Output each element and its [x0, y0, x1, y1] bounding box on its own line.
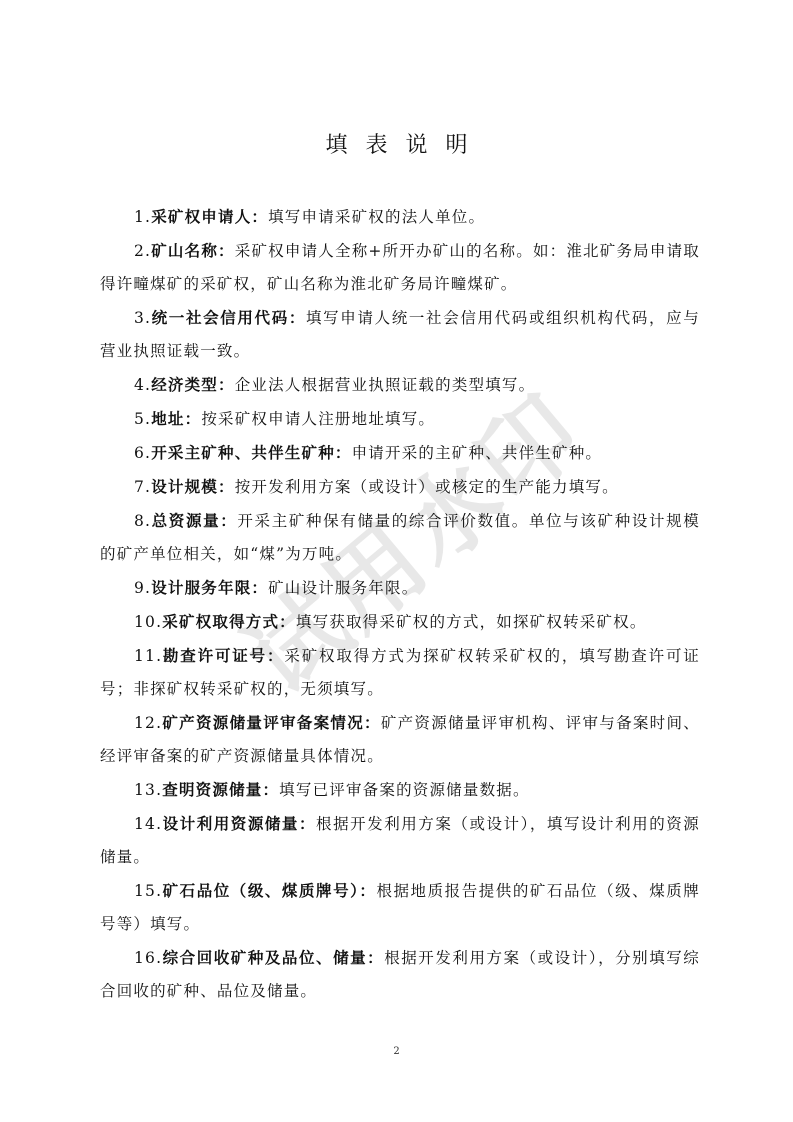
instruction-item: 2.矿山名称：采矿权申请人全称+所开办矿山的名称。如：淮北矿务局申请取得许疃煤矿…	[100, 234, 700, 301]
instruction-item: 8.总资源量：开采主矿种保有储量的综合评价数值。单位与该矿种设计规模的矿产单位相…	[100, 504, 700, 571]
item-label: 总资源量：	[151, 511, 237, 530]
item-label: 勘查许可证号：	[162, 646, 284, 665]
page-title: 填表说明	[0, 128, 793, 159]
instruction-item: 10.采矿权取得方式：填写获取得采矿权的方式，如探矿权转采矿权。	[100, 605, 700, 639]
item-label: 矿石品位（级、煤质牌号）：	[162, 881, 376, 900]
item-label: 采矿权取得方式：	[162, 612, 296, 631]
item-label: 经济类型：	[151, 375, 235, 394]
item-text: 企业法人根据营业执照证载的类型填写。	[235, 376, 536, 394]
page-number: 2	[0, 1046, 793, 1057]
document-page: 试用水印 填表说明 1.采矿权申请人：填写申请采矿权的法人单位。 2.矿山名称：…	[0, 0, 793, 1122]
instructions-list: 1.采矿权申请人：填写申请采矿权的法人单位。 2.矿山名称：采矿权申请人全称+所…	[100, 200, 700, 1008]
instruction-item: 14.设计利用资源储量：根据开发利用方案（或设计），填写设计利用的资源储量。	[100, 807, 700, 874]
item-label: 设计规模：	[151, 477, 235, 496]
item-label: 设计服务年限：	[151, 578, 268, 597]
item-text: 按采矿权申请人注册地址填写。	[201, 410, 435, 428]
instruction-item: 1.采矿权申请人：填写申请采矿权的法人单位。	[100, 200, 700, 234]
item-label: 矿产资源储量评审备案情况：	[162, 713, 381, 732]
instruction-item: 15.矿石品位（级、煤质牌号）：根据地质报告提供的矿石品位（级、煤质牌号等）填写…	[100, 874, 700, 941]
instruction-item: 16.综合回收矿种及品位、储量：根据开发利用方案（或设计），分别填写综合回收的矿…	[100, 941, 700, 1008]
item-label: 地址：	[151, 409, 201, 428]
instruction-item: 5.地址：按采矿权申请人注册地址填写。	[100, 402, 700, 436]
instruction-item: 11.勘查许可证号：采矿权取得方式为探矿权转采矿权的，填写勘查许可证号；非探矿权…	[100, 639, 700, 706]
item-text: 填写获取得采矿权的方式，如探矿权转采矿权。	[296, 613, 647, 631]
item-label: 查明资源储量：	[162, 780, 279, 799]
instruction-item: 13.查明资源储量：填写已评审备案的资源储量数据。	[100, 773, 700, 807]
item-label: 采矿权申请人：	[151, 207, 268, 226]
instruction-item: 12.矿产资源储量评审备案情况：矿产资源储量评审机构、评审与备案时间、经评审备案…	[100, 706, 700, 773]
item-label: 矿山名称：	[151, 241, 235, 260]
instruction-item: 4.经济类型：企业法人根据营业执照证载的类型填写。	[100, 368, 700, 402]
item-text: 填写申请采矿权的法人单位。	[268, 208, 485, 226]
instruction-item: 3.统一社会信用代码：填写申请人统一社会信用代码或组织机构代码，应与营业执照证载…	[100, 301, 700, 368]
item-text: 申请开采的主矿种、共伴生矿种。	[352, 444, 603, 462]
item-label: 综合回收矿种及品位、储量：	[162, 948, 384, 967]
item-label: 统一社会信用代码：	[151, 308, 306, 327]
instruction-item: 9.设计服务年限：矿山设计服务年限。	[100, 571, 700, 605]
instruction-item: 6.开采主矿种、共伴生矿种：申请开采的主矿种、共伴生矿种。	[100, 436, 700, 470]
item-text: 按开发利用方案（或设计）或核定的生产能力填写。	[235, 478, 619, 496]
item-label: 开采主矿种、共伴生矿种：	[151, 443, 351, 462]
instruction-item: 7.设计规模：按开发利用方案（或设计）或核定的生产能力填写。	[100, 470, 700, 504]
item-text: 矿山设计服务年限。	[268, 579, 418, 597]
item-label: 设计利用资源储量：	[162, 814, 316, 833]
item-text: 填写已评审备案的资源储量数据。	[279, 781, 530, 799]
